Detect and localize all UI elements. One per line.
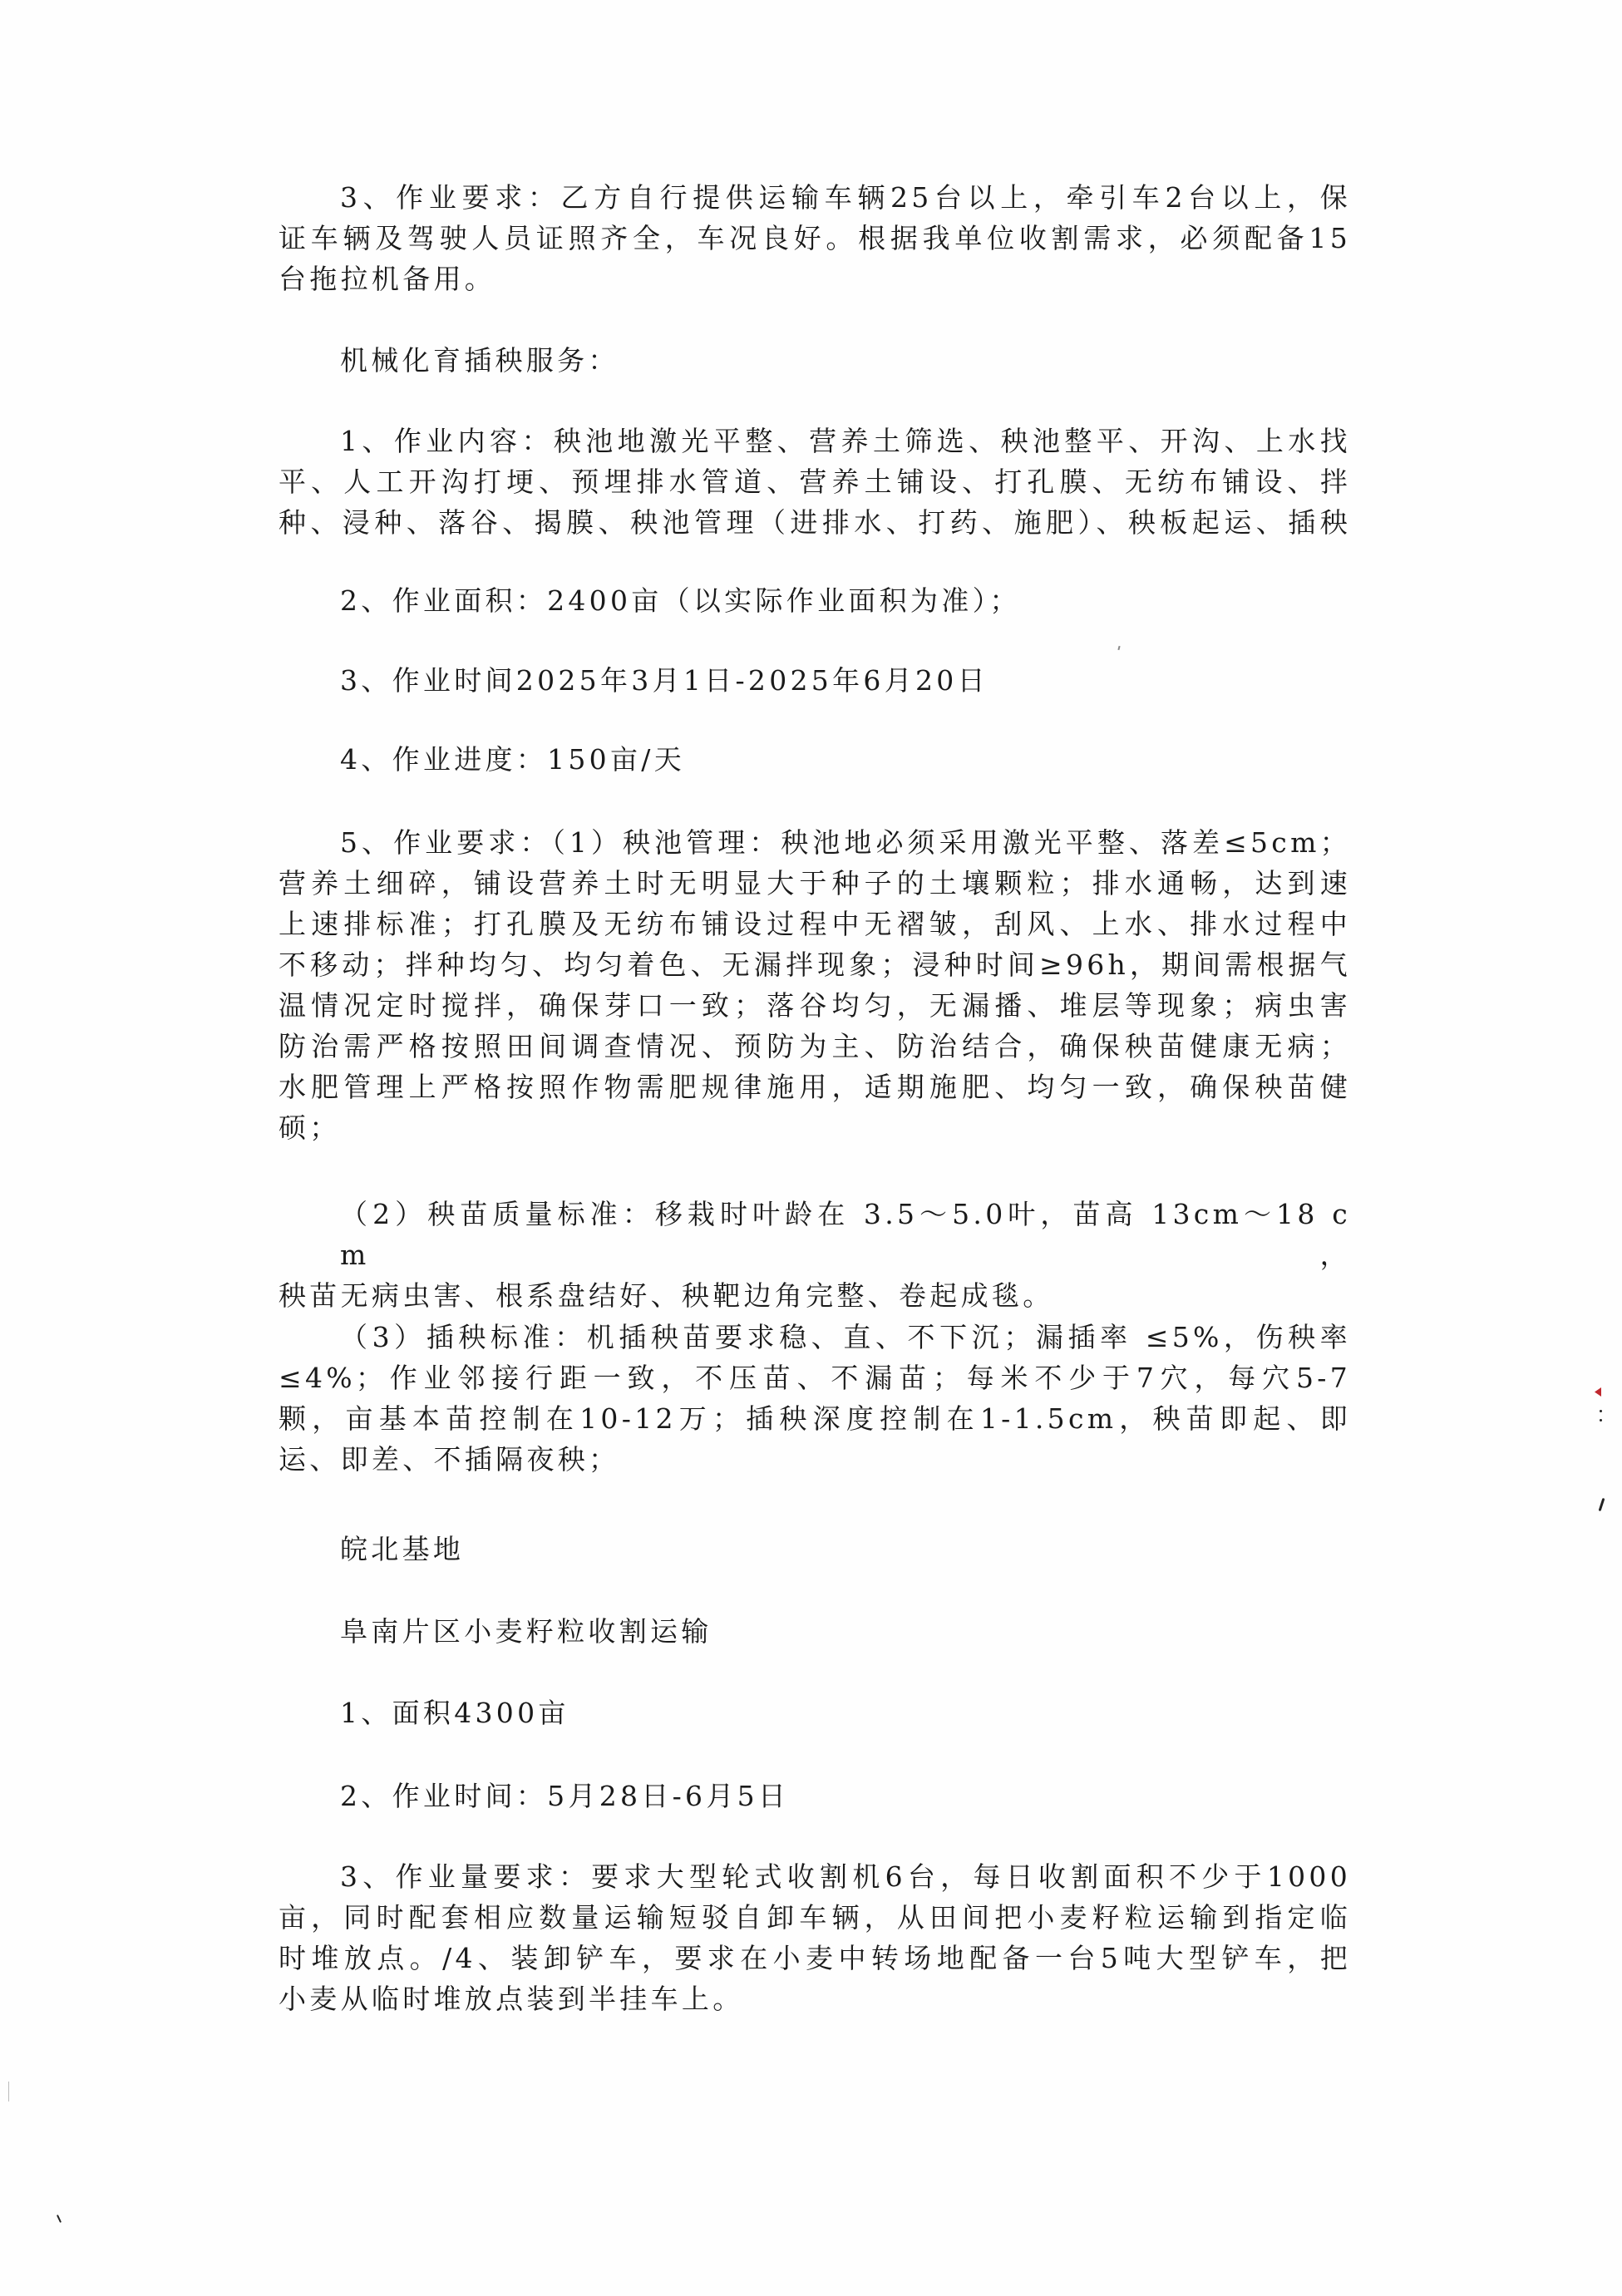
scan-speck bbox=[1117, 646, 1120, 650]
section-heading-wanbei-base: 皖北基地 bbox=[279, 1529, 1351, 1569]
text-line: （3）插秧标准：机插秧苗要求稳、直、不下沉；漏插率 ≤5%，伤秧率 bbox=[279, 1317, 1351, 1357]
text-line: 3、作业要求：乙方自行提供运输车辆25台以上，牵引车2台以上，保 bbox=[279, 177, 1351, 218]
text-line: 机械化育插秧服务： bbox=[279, 340, 1351, 381]
scan-dot bbox=[1600, 1419, 1602, 1421]
paragraph-seedling-quality-standard: （2）秧苗质量标准：移栽时叶龄在 3.5～5.0叶，苗高 13cm～18 cm，… bbox=[279, 1194, 1351, 1316]
text-line: 亩，同时配套相应数量运输短驳自卸车辆，从田间把小麦籽粒运输到指定临 bbox=[279, 1897, 1351, 1938]
text-line: 营养土细碎，铺设营养土时无明显大于种子的土壤颗粒；排水通畅，达到速 bbox=[279, 863, 1351, 904]
text-line: 颗，亩基本苗控制在10-12万；插秧深度控制在1-1.5cm，秧苗即起、即 bbox=[279, 1398, 1351, 1439]
text-line: 5、作业要求：（1）秧池管理：秧池地必须采用激光平整、落差≤5cm； bbox=[279, 822, 1351, 863]
text-line: 1、作业内容：秧池地激光平整、营养土筛选、秧池整平、开沟、上水找 bbox=[279, 421, 1351, 461]
text-line: 温情况定时搅拌，确保芽口一致；落谷均匀，无漏播、堆层等现象；病虫害 bbox=[279, 985, 1351, 1026]
text-line: 皖北基地 bbox=[279, 1529, 1351, 1569]
paragraph-seedling-content: 1、作业内容：秧池地激光平整、营养土筛选、秧池整平、开沟、上水找 平、人工开沟打… bbox=[279, 421, 1351, 543]
text-line: 平、人工开沟打埂、预埋排水管道、营养土铺设、打孔膜、无纺布铺设、拌 bbox=[279, 461, 1351, 502]
paragraph-funan-area: 1、面积4300亩 bbox=[279, 1692, 1351, 1733]
text-line: 小麦从临时堆放点装到半挂车上。 bbox=[279, 1978, 1351, 2019]
paragraph-funan-time: 2、作业时间：5月28日-6月5日 bbox=[279, 1776, 1351, 1816]
scan-dot bbox=[1600, 1410, 1602, 1412]
red-stamp-fragment bbox=[1595, 1387, 1601, 1397]
paragraph-transplanting-standard: （3）插秧标准：机插秧苗要求稳、直、不下沉；漏插率 ≤5%，伤秧率 ≤4%；作业… bbox=[279, 1317, 1351, 1480]
text-line: 种、浸种、落谷、揭膜、秧池管理（进排水、打药、施肥）、秧板起运、插秧 bbox=[279, 502, 1351, 543]
paragraph-seedling-area: 2、作业面积：2400亩（以实际作业面积为准）； bbox=[279, 580, 1351, 621]
text-line: 3、作业时间2025年3月1日-2025年6月20日 bbox=[279, 660, 1351, 701]
text-line: 运、即差、不插隔夜秧； bbox=[279, 1439, 1351, 1480]
text-line: 阜南片区小麦籽粒收割运输 bbox=[279, 1611, 1351, 1652]
text-line: 3、作业量要求：要求大型轮式收割机6台，每日收割面积不少于1000 bbox=[279, 1856, 1351, 1897]
section-heading-mechanized-seedling: 机械化育插秧服务： bbox=[279, 340, 1351, 381]
text-line: 硕； bbox=[279, 1107, 1351, 1148]
text-line: 2、作业面积：2400亩（以实际作业面积为准）； bbox=[279, 580, 1351, 621]
text-line: 1、面积4300亩 bbox=[279, 1692, 1351, 1733]
paragraph-transport-requirements: 3、作业要求：乙方自行提供运输车辆25台以上，牵引车2台以上，保 证车辆及驾驶人… bbox=[279, 177, 1351, 299]
text-line: 台拖拉机备用。 bbox=[279, 259, 1351, 299]
paragraph-seedling-progress: 4、作业进度：150亩/天 bbox=[279, 739, 1351, 780]
text-line: 防治需严格按照田间调查情况、预防为主、防治结合，确保秧苗健康无病； bbox=[279, 1026, 1351, 1067]
text-line: 时堆放点。/4、装卸铲车，要求在小麦中转场地配备一台5吨大型铲车，把 bbox=[279, 1938, 1351, 1978]
text-line: 上速排标准；打孔膜及无纺布铺设过程中无褶皱，刮风、上水、排水过程中 bbox=[279, 904, 1351, 944]
scan-stroke bbox=[1599, 1498, 1605, 1511]
text-line: （2）秧苗质量标准：移栽时叶龄在 3.5～5.0叶，苗高 13cm～18 cm， bbox=[279, 1194, 1351, 1275]
section-heading-funan-wheat: 阜南片区小麦籽粒收割运输 bbox=[279, 1611, 1351, 1652]
paragraph-seedling-requirement-1: 5、作业要求：（1）秧池管理：秧池地必须采用激光平整、落差≤5cm； 营养土细碎… bbox=[279, 822, 1351, 1148]
text-line: 4、作业进度：150亩/天 bbox=[279, 739, 1351, 780]
paragraph-seedling-time: 3、作业时间2025年3月1日-2025年6月20日 bbox=[279, 660, 1351, 701]
text-line: 2、作业时间：5月28日-6月5日 bbox=[279, 1776, 1351, 1816]
text-line: 水肥管理上严格按照作物需肥规律施用，适期施肥、均匀一致，确保秧苗健 bbox=[279, 1067, 1351, 1107]
paragraph-funan-workload: 3、作业量要求：要求大型轮式收割机6台，每日收割面积不少于1000 亩，同时配套… bbox=[279, 1856, 1351, 2019]
text-line: 不移动；拌种均匀、均匀着色、无漏拌现象；浸种时间≥96h，期间需根据气 bbox=[279, 944, 1351, 985]
text-line: 证车辆及驾驶人员证照齐全，车况良好。根据我单位收割需求，必须配备15 bbox=[279, 218, 1351, 259]
scanned-page: 3、作业要求：乙方自行提供运输车辆25台以上，牵引车2台以上，保 证车辆及驾驶人… bbox=[0, 0, 1622, 2296]
text-line: 秧苗无病虫害、根系盘结好、秧靶边角完整、卷起成毯。 bbox=[279, 1275, 1351, 1316]
text-line: ≤4%；作业邻接行距一致，不压苗、不漏苗；每米不少于7穴，每穴5-7 bbox=[279, 1357, 1351, 1398]
scan-edge-line bbox=[8, 2082, 9, 2101]
scan-stroke bbox=[57, 2215, 62, 2223]
